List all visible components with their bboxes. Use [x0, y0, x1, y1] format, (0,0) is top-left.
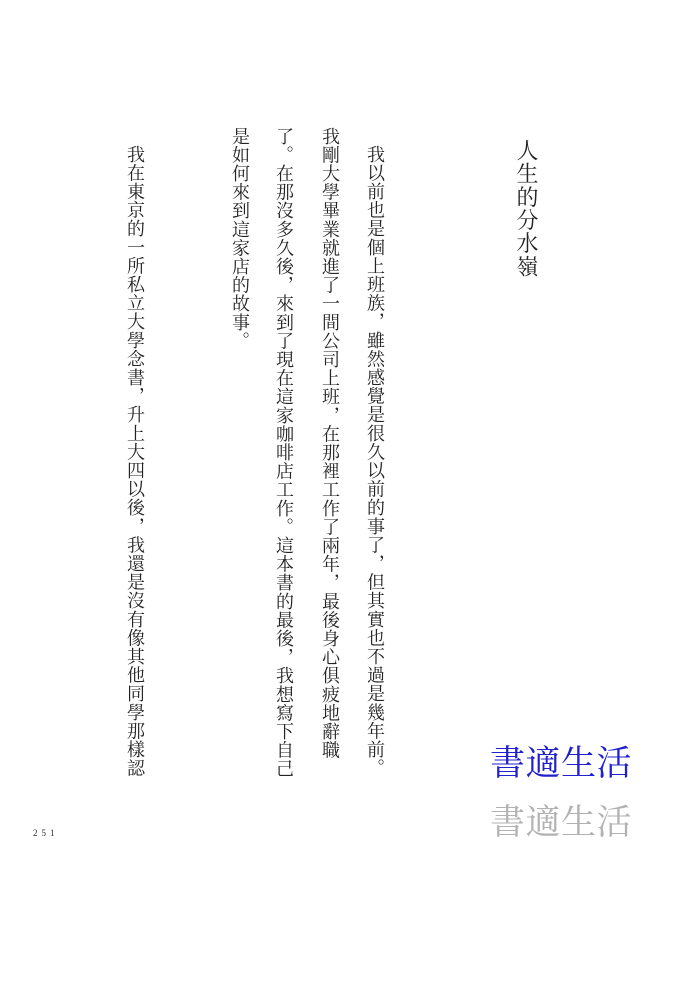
text-column-1: 我以前也是個上班族，雖然感覺是很久以前的事了，但其實也不過是幾年前。	[364, 145, 386, 777]
watermark-primary: 書適生活	[490, 746, 632, 781]
text-column-4: 是如何來到這家店的故事。	[229, 127, 251, 350]
text-column-5: 我在東京的一所私立大學念書，升上大四以後，我還是沒有像其他同學那樣認	[124, 145, 146, 777]
chapter-title: 人生的分水嶺	[512, 139, 540, 278]
text-column-3: 了。在那沒多久後，來到了現在這家咖啡店工作。這本書的最後，我想寫下自己	[273, 127, 295, 778]
book-page: 人生的分水嶺 我以前也是個上班族，雖然感覺是很久以前的事了，但其實也不過是幾年前…	[0, 0, 675, 1000]
watermark-secondary: 書適生活	[490, 805, 632, 840]
text-column-2: 我剛大學畢業就進了一間公司上班，在那裡工作了兩年，最後身心俱疲地辭職	[319, 127, 341, 759]
page-number: 251	[33, 828, 59, 838]
